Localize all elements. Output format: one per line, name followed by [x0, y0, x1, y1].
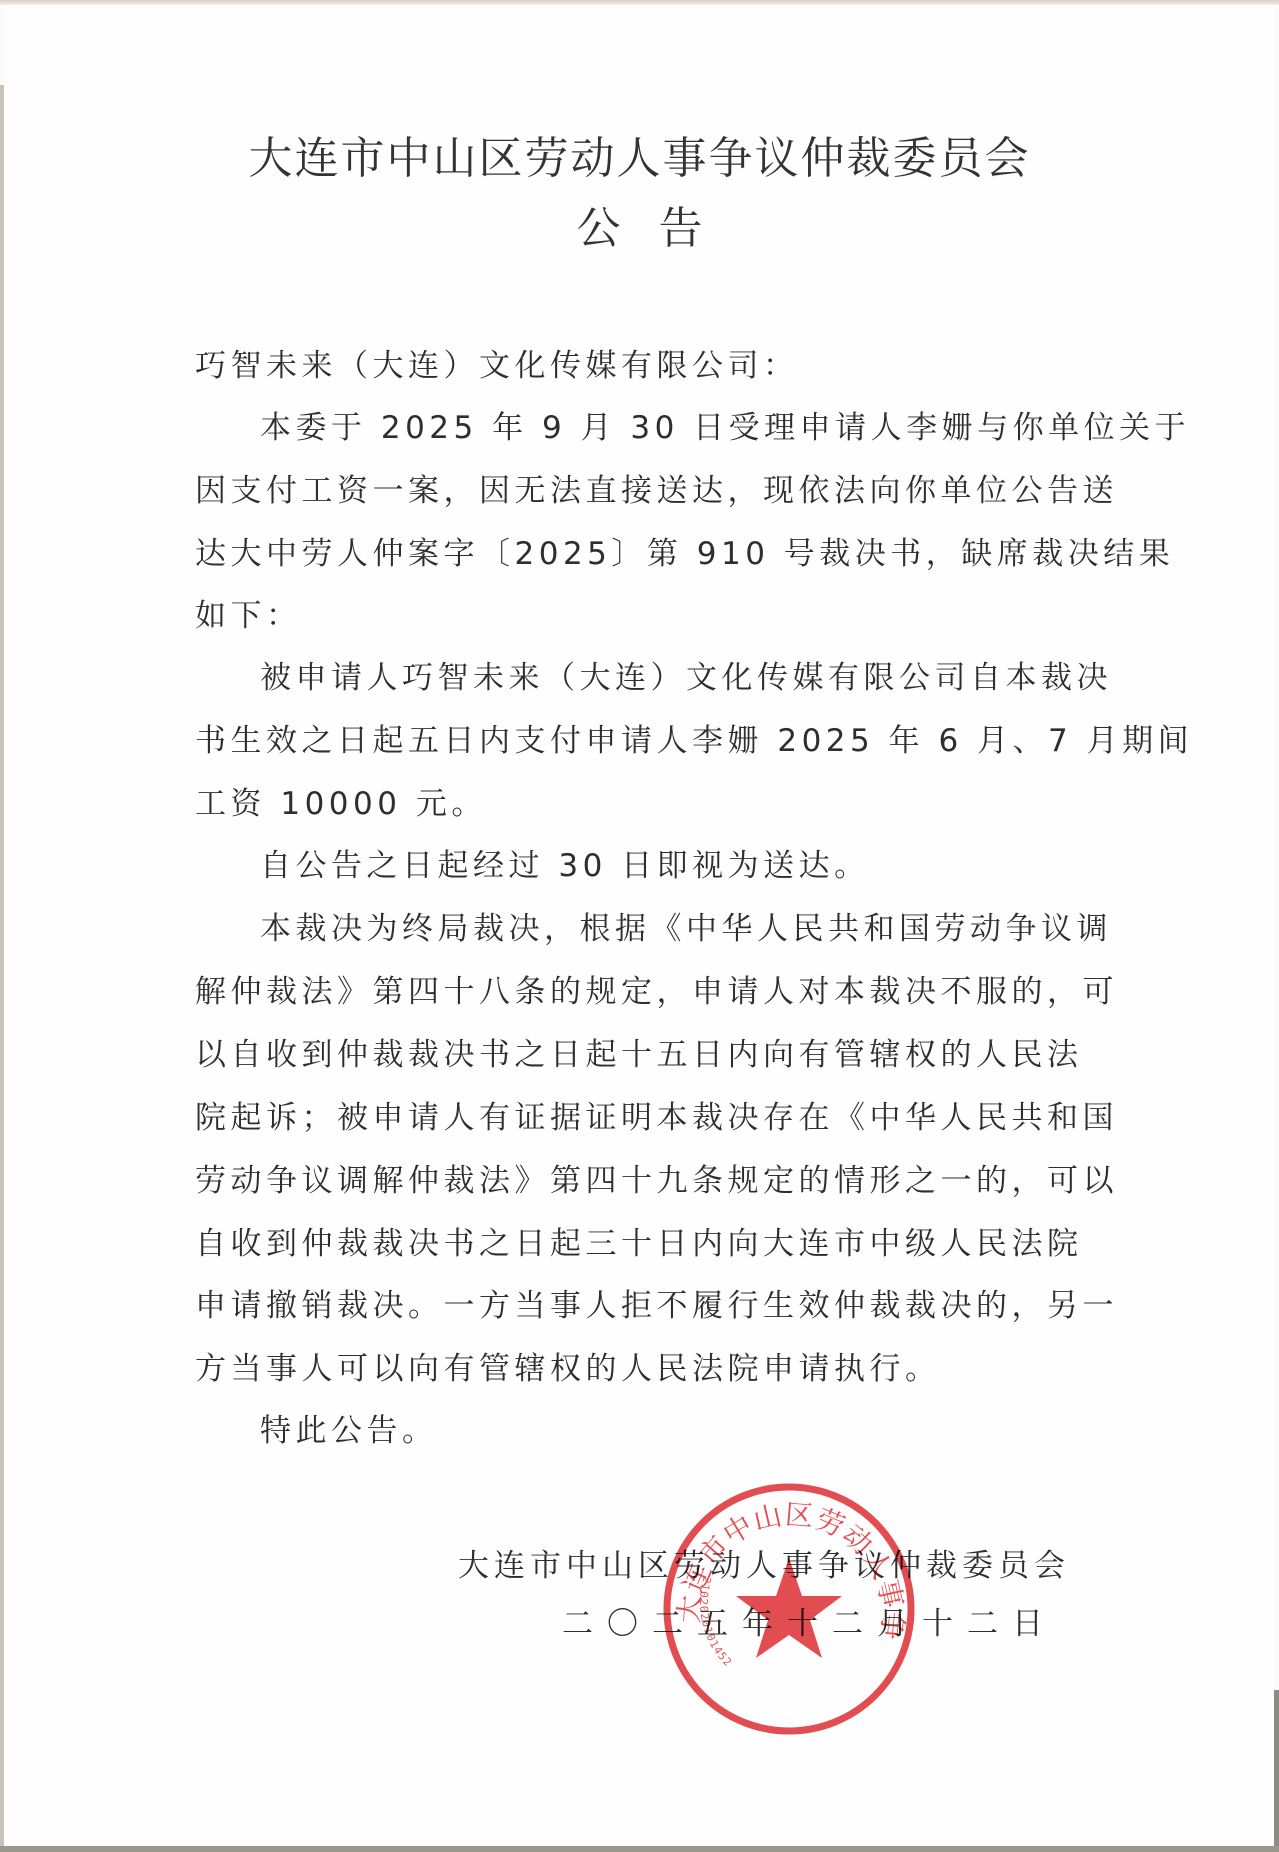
- paragraph-1-line-3: 达大中劳人仲案字〔2025〕第 910 号裁决书，缺席裁决结果: [195, 528, 1174, 573]
- page-edge-top: [0, 0, 1279, 5]
- scanned-page: 大连市中山区劳动人事争议仲裁委员会 公告 巧智未来（大连）文化传媒有限公司： 本…: [0, 0, 1279, 1852]
- page-edge-bottom: [0, 1846, 1279, 1852]
- closing-statement: 特此公告。: [260, 1405, 438, 1450]
- paragraph-4-line-2: 解仲裁法》第四十八条的规定，申请人对本裁决不服的，可: [195, 966, 1118, 1011]
- document-issuer-title: 大连市中山区劳动人事争议仲裁委员会: [0, 122, 1279, 186]
- paragraph-4-line-4: 院起诉；被申请人有证据证明本裁决存在《中华人民共和国: [195, 1092, 1118, 1137]
- paragraph-2-line-1: 被申请人巧智未来（大连）文化传媒有限公司自本裁决: [260, 652, 1112, 697]
- paragraph-4-line-1: 本裁决为终局裁决，根据《中华人民共和国劳动争议调: [260, 903, 1112, 948]
- paragraph-1-line-1: 本委于 2025 年 9 月 30 日受理申请人李姗与你单位关于: [260, 402, 1190, 447]
- paragraph-1-line-2: 因支付工资一案，因无法直接送达，现依法向你单位公告送: [195, 465, 1118, 510]
- official-seal: 大连市中山区劳动人事争议仲裁委员会 2102020101452: [660, 1480, 918, 1738]
- paragraph-4-line-8: 方当事人可以向有管辖权的人民法院申请执行。: [195, 1343, 941, 1388]
- page-edge-left: [0, 85, 4, 1852]
- document-type-title: 公告: [0, 192, 1279, 256]
- seal-code: 2102020101452: [697, 1575, 735, 1669]
- paragraph-4-line-5: 劳动争议调解仲裁法》第四十九条规定的情形之一的，可以: [195, 1155, 1118, 1200]
- paragraph-4-line-3: 以自收到仲裁裁决书之日起十五日内向有管辖权的人民法: [195, 1029, 1083, 1074]
- page-edge-right: [1274, 1690, 1279, 1852]
- paragraph-4-line-6: 自收到仲裁裁决书之日起三十日内向大连市中级人民法院: [195, 1218, 1083, 1263]
- paragraph-2-line-3: 工资 10000 元。: [195, 778, 487, 823]
- paragraph-1-line-4: 如下：: [195, 590, 302, 635]
- paragraph-3-line-1: 自公告之日起经过 30 日即视为送达。: [260, 840, 870, 885]
- paragraph-4-line-7: 申请撤销裁决。一方当事人拒不履行生效仲裁裁决的，另一: [195, 1280, 1118, 1325]
- paragraph-2-line-2: 书生效之日起五日内支付申请人李姗 2025 年 6 月、7 月期间: [195, 715, 1193, 760]
- star-icon: [736, 1558, 842, 1658]
- addressee: 巧智未来（大连）文化传媒有限公司：: [195, 340, 799, 385]
